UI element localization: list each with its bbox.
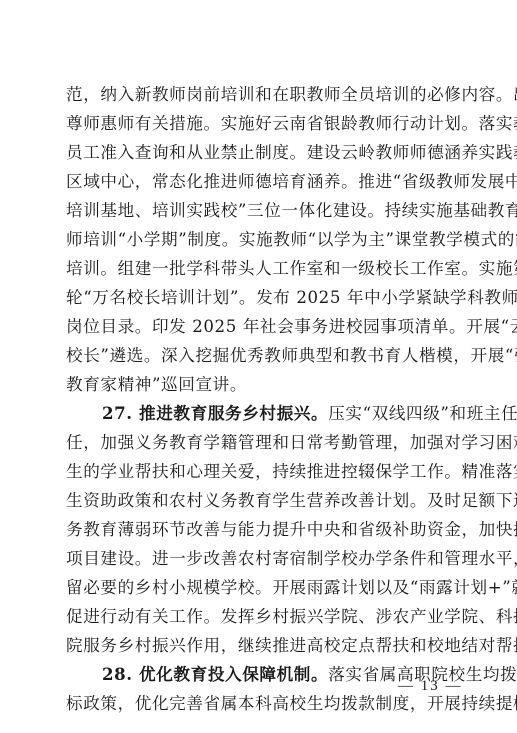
section-heading-28: 28. 优化教育投入保障机制。 <box>102 664 328 684</box>
text-line: 尊师惠师有关措施。实施好云南省银龄教师行动计划。落实教职 <box>66 109 458 138</box>
text-line: 培训。组建一批学科带头人工作室和一级校长工作室。实施第二 <box>66 254 458 283</box>
text-line: 教育家精神”巡回宣讲。 <box>66 370 458 399</box>
text-line: 轮“万名校长培训计划”。发布 2025 年中小学紧缺学科教师特殊 <box>66 283 458 312</box>
paragraph-teacher-ethics: 范，纳入新教师岗前培训和在职教师全员培训的必修内容。出台 尊师惠师有关措施。实施… <box>66 80 458 399</box>
text-line: 院服务乡村振兴作用，继续推进高校定点帮扶和校地结对帮扶。 <box>66 631 458 660</box>
text-line: 范，纳入新教师岗前培训和在职教师全员培训的必修内容。出台 <box>66 80 458 109</box>
text-line: 项目建设。进一步改善农村寄宿制学校办学条件和管理水平，保 <box>66 544 458 573</box>
paragraph-27-rural-revitalization: 27. 推进教育服务乡村振兴。压实“双线四级”和班主任责 任，加强义务教育学籍管… <box>66 399 458 660</box>
text-line: 员工准入查询和从业禁止制度。建设云岭教师师德涵养实践教育 <box>66 138 458 167</box>
text-span: 压实“双线四级”和班主任责 <box>328 404 517 423</box>
text-line: 生资助政策和农村义务教育学生营养改善计划。及时足额下达义 <box>66 486 458 515</box>
text-line: 促进行动有关工作。发挥乡村振兴学院、涉农产业学院、科技小 <box>66 602 458 631</box>
text-line: 生的学业帮扶和心理关爱，持续推进控辍保学工作。精准落实学 <box>66 457 458 486</box>
text-line: 留必要的乡村小规模学校。开展雨露计划以及“雨露计划+”就业 <box>66 573 458 602</box>
text-line: 务教育薄弱环节改善与能力提升中央和省级补助资金，加快推进 <box>66 515 458 544</box>
page-number: — 13 — <box>398 678 463 695</box>
section-heading-27: 27. 推进教育服务乡村振兴。 <box>102 403 328 423</box>
text-line: 培训基地、培训实践校”三位一体化建设。持续实施基础教育教 <box>66 196 458 225</box>
text-line: 校长”遴选。深入挖掘优秀教师典型和教书育人楷模，开展“弘扬 <box>66 341 458 370</box>
text-line: 区域中心，常态化推进师德培育涵养。推进“省级教师发展中心、 <box>66 167 458 196</box>
text-line: 任，加强义务教育学籍管理和日常考勤管理，加强对学习困难学 <box>66 428 458 457</box>
text-line: 岗位目录。印发 2025 年社会事务进校园事项清单。开展“云岭好 <box>66 312 458 341</box>
document-body: 范，纳入新教师岗前培训和在职教师全员培训的必修内容。出台 尊师惠师有关措施。实施… <box>66 80 458 718</box>
paragraph-first-line: 27. 推进教育服务乡村振兴。压实“双线四级”和班主任责 <box>66 399 458 428</box>
text-line: 师培训“小学期”制度。实施教师“以学为主”课堂教学模式的能力 <box>66 225 458 254</box>
